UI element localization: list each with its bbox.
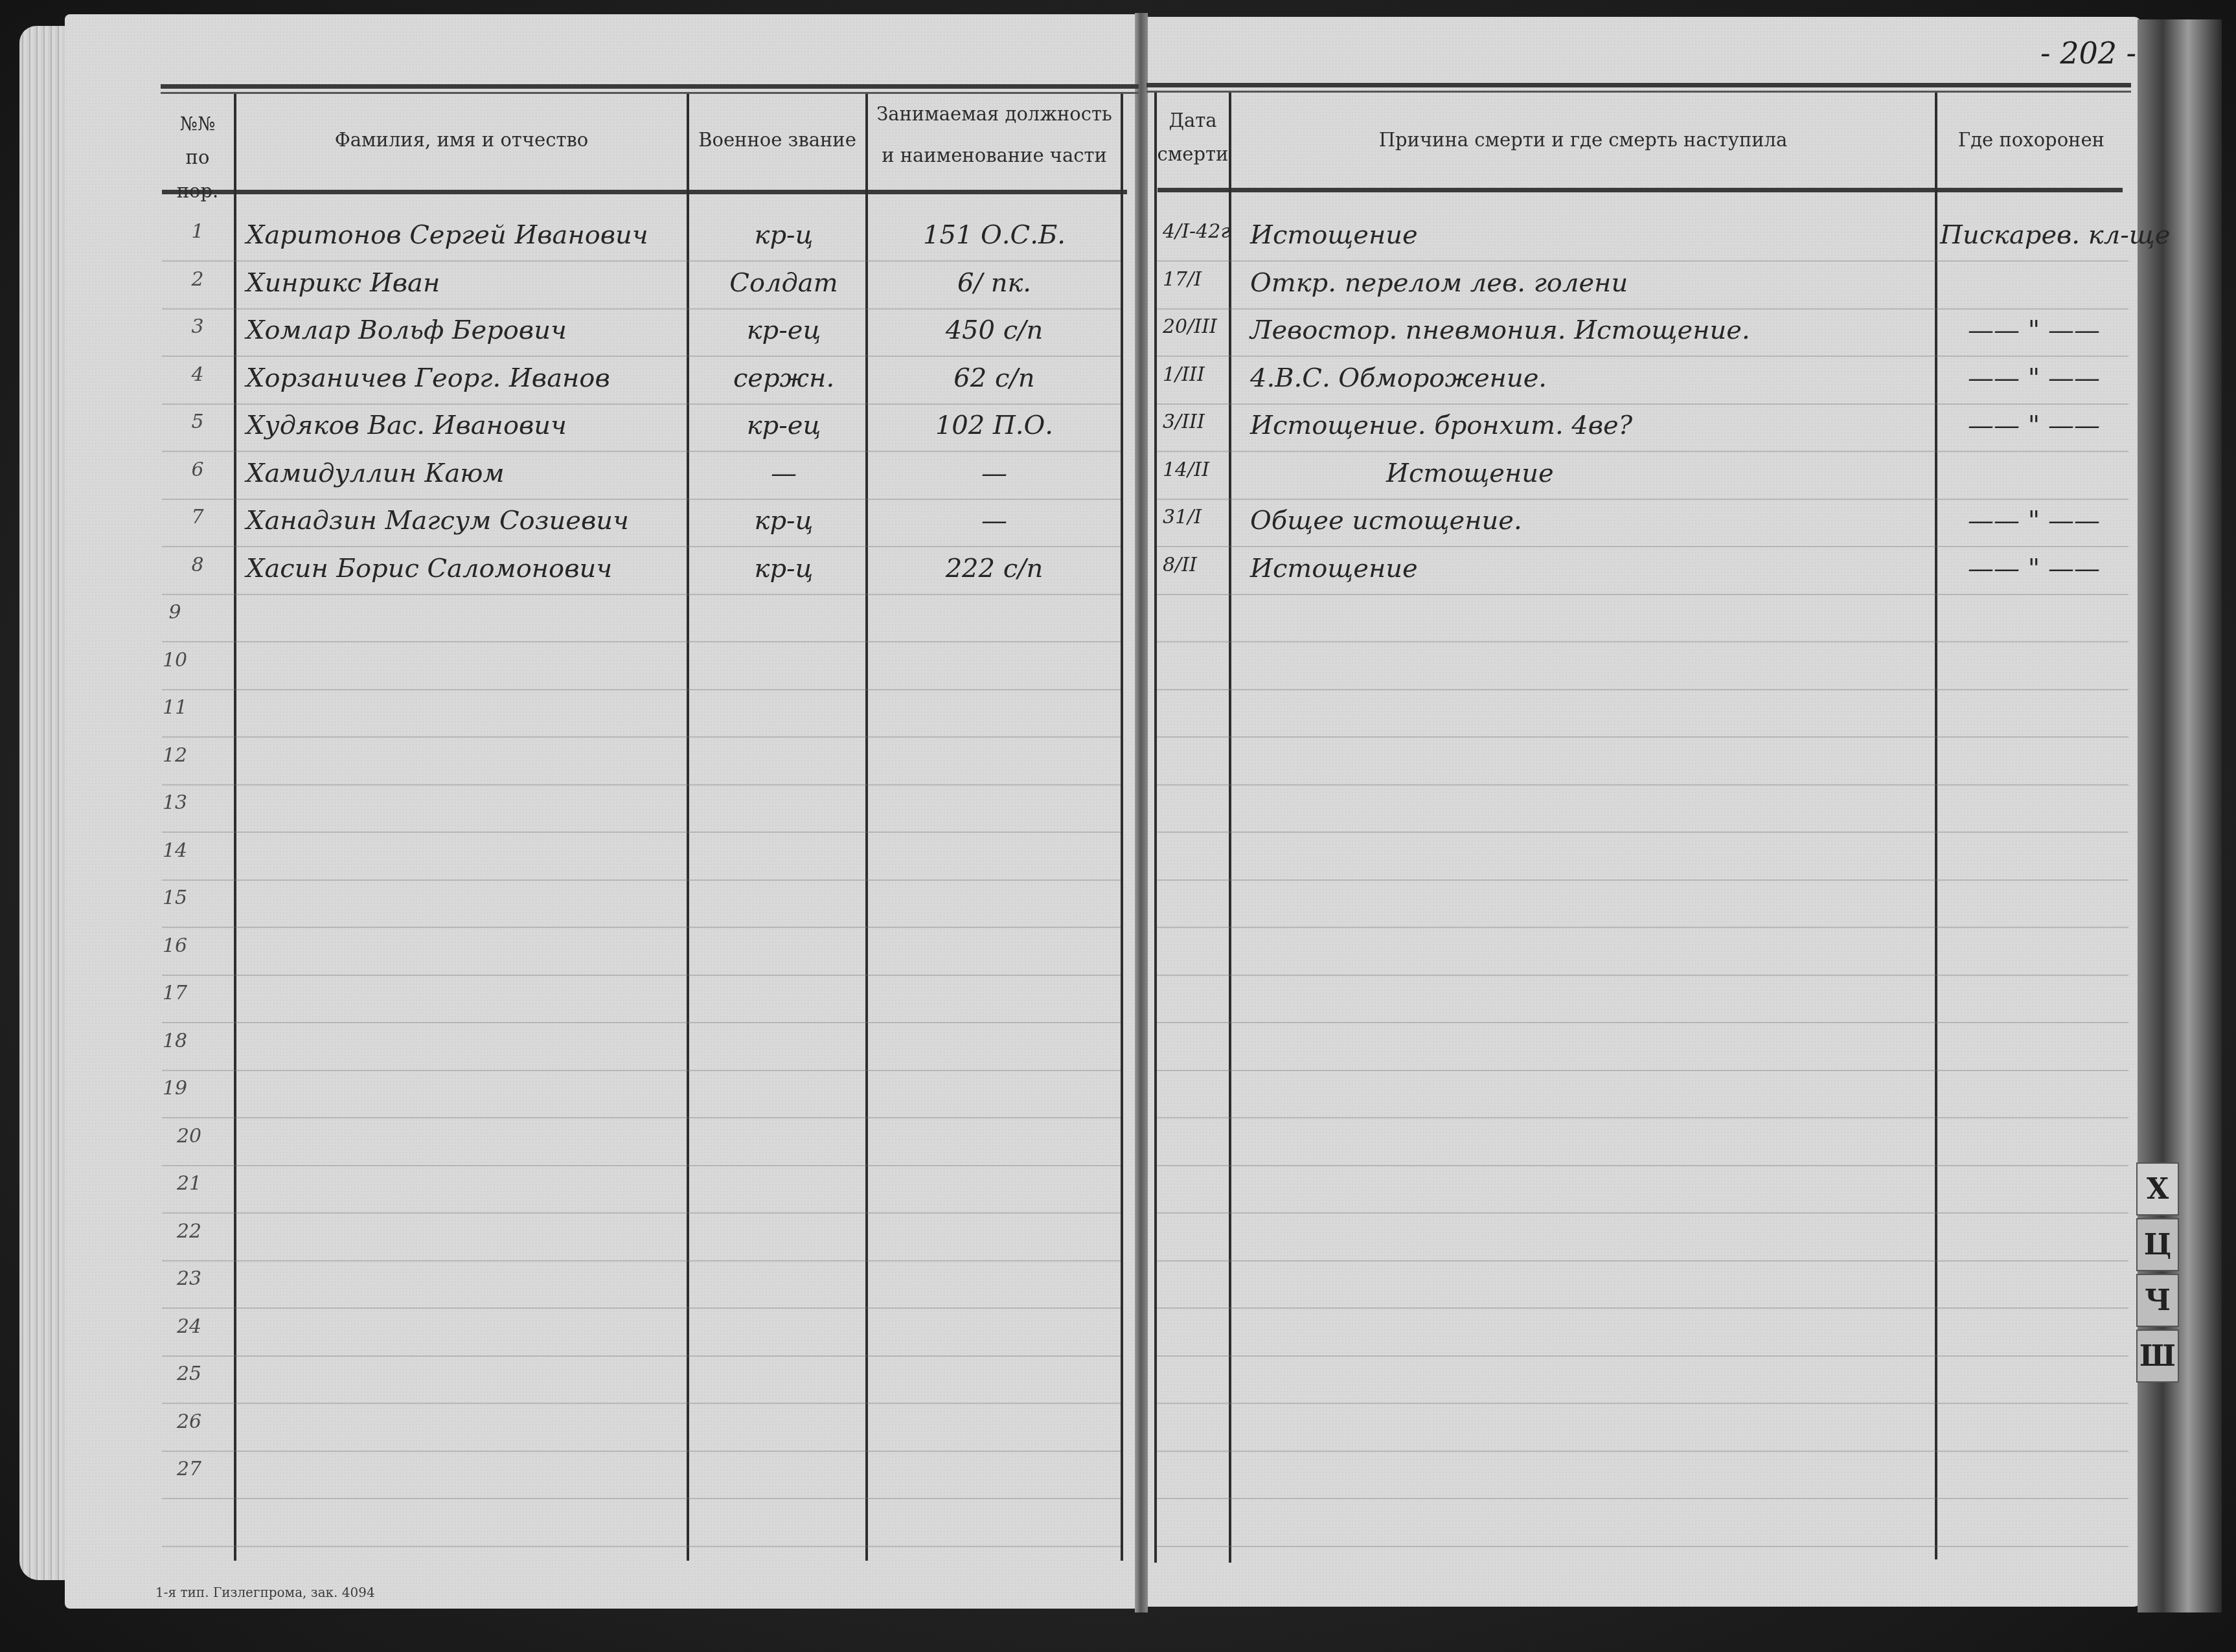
row-burial-place: —— " —— [1940, 315, 2128, 345]
ruled-line [1157, 499, 2128, 500]
ruled-line [162, 784, 1121, 786]
index-tab[interactable]: Ш [2136, 1330, 2179, 1383]
row-number: 15 [155, 887, 194, 909]
row-number: 11 [155, 696, 194, 719]
ruled-line [162, 260, 1121, 262]
row-unit: 222 с/п [874, 554, 1114, 583]
book-spine [1135, 13, 1148, 1612]
ruled-line [162, 736, 1121, 738]
row-cause-of-death: Откр. перелом лев. голени [1250, 268, 1924, 298]
top-rule-right-thin [1147, 91, 2131, 93]
col-line-rank [865, 94, 868, 1561]
row-number: 27 [170, 1458, 209, 1480]
row-full-name: Хасин Борис Саломонович [246, 554, 687, 583]
row-burial-place: Пискарев. кл-ще [1940, 220, 2128, 250]
row-rank: кр-ц [706, 506, 861, 536]
ruled-line [1157, 736, 2128, 738]
ruled-line [1157, 1117, 2128, 1118]
ruled-line [1157, 689, 2128, 690]
top-rule-left [161, 84, 1139, 89]
row-cause-of-death: Истощение [1250, 458, 2060, 488]
row-number: 3 [162, 315, 233, 338]
row-number: 9 [155, 601, 194, 624]
ruled-line [1157, 1260, 2128, 1262]
row-full-name: Хинрикс Иван [246, 268, 687, 298]
header-date: Дата смерти [1157, 104, 1229, 171]
top-rule-left-thin [161, 92, 1139, 94]
row-number: 24 [170, 1315, 209, 1338]
ruled-line [1157, 1022, 2128, 1023]
header-date-line2: смерти [1157, 137, 1229, 171]
header-position: Занимаемая должность и наименование част… [868, 97, 1121, 172]
row-unit: — [874, 458, 1114, 488]
header-burial: Где похоронен [1937, 123, 2125, 157]
ruled-line [162, 1307, 1121, 1309]
page-number: - 202 - [2040, 36, 2136, 71]
row-number: 1 [162, 220, 233, 243]
row-rank: кр-ц [706, 554, 861, 583]
alphabet-index-tabs: Х Ц Ч Ш [2136, 1162, 2176, 1385]
col-line-cause [1935, 93, 1937, 1559]
ruled-line [1157, 1403, 2128, 1404]
row-burial-place: —— " —— [1940, 411, 2128, 440]
row-number: 4 [162, 363, 233, 386]
row-number: 16 [155, 934, 194, 957]
row-date-of-death: 8/II [1163, 554, 1234, 576]
row-number: 18 [155, 1030, 194, 1052]
row-number: 12 [155, 744, 194, 767]
ruled-line [162, 689, 1121, 690]
ruled-line [162, 1212, 1121, 1214]
ruled-line [162, 832, 1121, 833]
row-date-of-death: 4/I-42г [1163, 220, 1234, 243]
header-number-line2: по пор. [162, 141, 233, 208]
ruled-line [1157, 403, 2128, 405]
row-date-of-death: 14/II [1163, 458, 1234, 481]
row-number: 6 [162, 458, 233, 481]
index-tab[interactable]: Х [2136, 1162, 2179, 1216]
row-number: 23 [170, 1267, 209, 1290]
row-number: 2 [162, 268, 233, 291]
header-rank: Военное звание [689, 123, 865, 157]
row-date-of-death: 3/III [1163, 411, 1234, 433]
row-cause-of-death: Левостор. пневмония. Истощение. [1250, 315, 1924, 345]
ruled-line [1157, 927, 2128, 928]
col-line-position [1121, 94, 1123, 1561]
row-number: 10 [155, 649, 194, 672]
row-full-name: Ханадзин Магсум Созиевич [246, 506, 687, 536]
ruled-line [162, 1355, 1121, 1357]
printer-imprint: 1-я тип. Гизлегпрома, зак. 4094 [155, 1585, 375, 1600]
ruled-line [1157, 1165, 2128, 1166]
ruled-line [162, 1451, 1121, 1452]
col-line-date [1229, 93, 1231, 1563]
header-cause: Причина смерти и где смерть наступила [1231, 123, 1935, 157]
row-burial-place: —— " —— [1940, 506, 2128, 536]
row-unit: 62 с/п [874, 363, 1114, 393]
col-line-name [687, 94, 689, 1561]
row-burial-place: —— " —— [1940, 554, 2128, 583]
ruled-line [1157, 1546, 2128, 1547]
row-number: 8 [162, 554, 233, 576]
ruled-line [162, 1260, 1121, 1262]
row-date-of-death: 1/III [1163, 363, 1234, 386]
ruled-line [1157, 1212, 2128, 1214]
ruled-line [1157, 1355, 2128, 1357]
row-number: 21 [170, 1172, 209, 1195]
ruled-line [162, 1022, 1121, 1023]
ruled-line [162, 1117, 1121, 1118]
row-number: 22 [170, 1220, 209, 1243]
ruled-line [162, 1403, 1121, 1404]
row-date-of-death: 17/I [1163, 268, 1234, 291]
header-position-line2: и наименование части [868, 139, 1121, 172]
index-tab[interactable]: Ц [2136, 1218, 2179, 1271]
row-full-name: Хамидуллин Каюм [246, 458, 687, 488]
ruled-line [162, 546, 1121, 547]
row-full-name: Хорзаничев Георг. Иванов [246, 363, 687, 393]
ruled-line [1157, 308, 2128, 310]
row-full-name: Худяков Вас. Иванович [246, 411, 687, 440]
header-date-line1: Дата [1157, 104, 1229, 137]
row-number: 26 [170, 1410, 209, 1433]
row-rank: кр-ц [706, 220, 861, 250]
header-rule-left [162, 190, 1127, 194]
row-unit: 450 с/п [874, 315, 1114, 345]
ruled-line [1157, 451, 2128, 452]
col-line-number [234, 94, 236, 1561]
ruled-line [162, 594, 1121, 595]
row-date-of-death: 31/I [1163, 506, 1234, 528]
ruled-line [162, 308, 1121, 310]
top-rule-right [1147, 83, 2131, 87]
ruled-line [162, 927, 1121, 928]
row-cause-of-death: Истощение [1250, 554, 1924, 583]
row-number: 7 [162, 506, 233, 528]
row-number: 5 [162, 411, 233, 433]
ruled-line [1157, 1498, 2128, 1499]
row-rank: кр-ец [706, 315, 861, 345]
row-cause-of-death: 4.В.С. Обморожение. [1250, 363, 1924, 393]
row-number: 20 [170, 1125, 209, 1148]
row-cause-of-death: Истощение [1250, 220, 1924, 250]
ruled-line [162, 451, 1121, 452]
row-number: 14 [155, 839, 194, 862]
row-full-name: Харитонов Сергей Иванович [246, 220, 687, 250]
ruled-line [1157, 1070, 2128, 1071]
ruled-line [162, 499, 1121, 500]
ruled-line [162, 403, 1121, 405]
row-unit: 151 О.С.Б. [874, 220, 1114, 250]
row-rank: Солдат [706, 268, 861, 298]
ruled-line [1157, 594, 2128, 595]
ruled-line [1157, 1451, 2128, 1452]
left-page [65, 14, 1140, 1609]
header-name: Фамилия, имя и отчество [236, 123, 687, 157]
row-rank: сержн. [706, 363, 861, 393]
ruled-line [1157, 832, 2128, 833]
row-burial-place: —— " —— [1940, 363, 2128, 393]
header-number: №№ по пор. [162, 107, 233, 208]
row-number: 13 [155, 791, 194, 814]
ruled-line [1157, 784, 2128, 786]
row-rank: — [706, 458, 861, 488]
header-position-line1: Занимаемая должность [868, 97, 1121, 131]
ruled-line [1157, 546, 2128, 547]
row-number: 25 [170, 1363, 209, 1385]
ruled-line [1157, 641, 2128, 642]
ruled-line [162, 1165, 1121, 1166]
row-unit: — [874, 506, 1114, 536]
row-unit: 6/ пк. [874, 268, 1114, 298]
right-page [1147, 17, 2141, 1607]
row-rank: кр-ец [706, 411, 861, 440]
header-rule-right [1158, 188, 2123, 192]
row-date-of-death: 20/III [1163, 315, 1234, 338]
row-cause-of-death: Истощение. бронхит. 4ве? [1250, 411, 1924, 440]
row-unit: 102 П.О. [874, 411, 1114, 440]
header-number-line1: №№ [162, 107, 233, 141]
row-number: 17 [155, 982, 194, 1004]
ruled-line [162, 356, 1121, 357]
ruled-line [1157, 260, 2128, 262]
row-full-name: Хомлар Вольф Берович [246, 315, 687, 345]
ruled-line [162, 1070, 1121, 1071]
ruled-line [1157, 356, 2128, 357]
book-scan: №№ по пор. Фамилия, имя и отчество Военн… [0, 0, 2236, 1652]
ruled-line [1157, 975, 2128, 976]
row-number: 19 [155, 1077, 194, 1100]
col-line-right-margin [1154, 93, 1157, 1563]
ruled-line [162, 641, 1121, 642]
index-tab[interactable]: Ч [2136, 1274, 2179, 1327]
ruled-line [162, 1498, 1121, 1499]
ruled-line [1157, 1307, 2128, 1309]
ruled-line [162, 879, 1121, 881]
ruled-line [1157, 879, 2128, 881]
ruled-line [162, 1546, 1121, 1547]
row-cause-of-death: Общее истощение. [1250, 506, 1924, 536]
ruled-line [162, 975, 1121, 976]
